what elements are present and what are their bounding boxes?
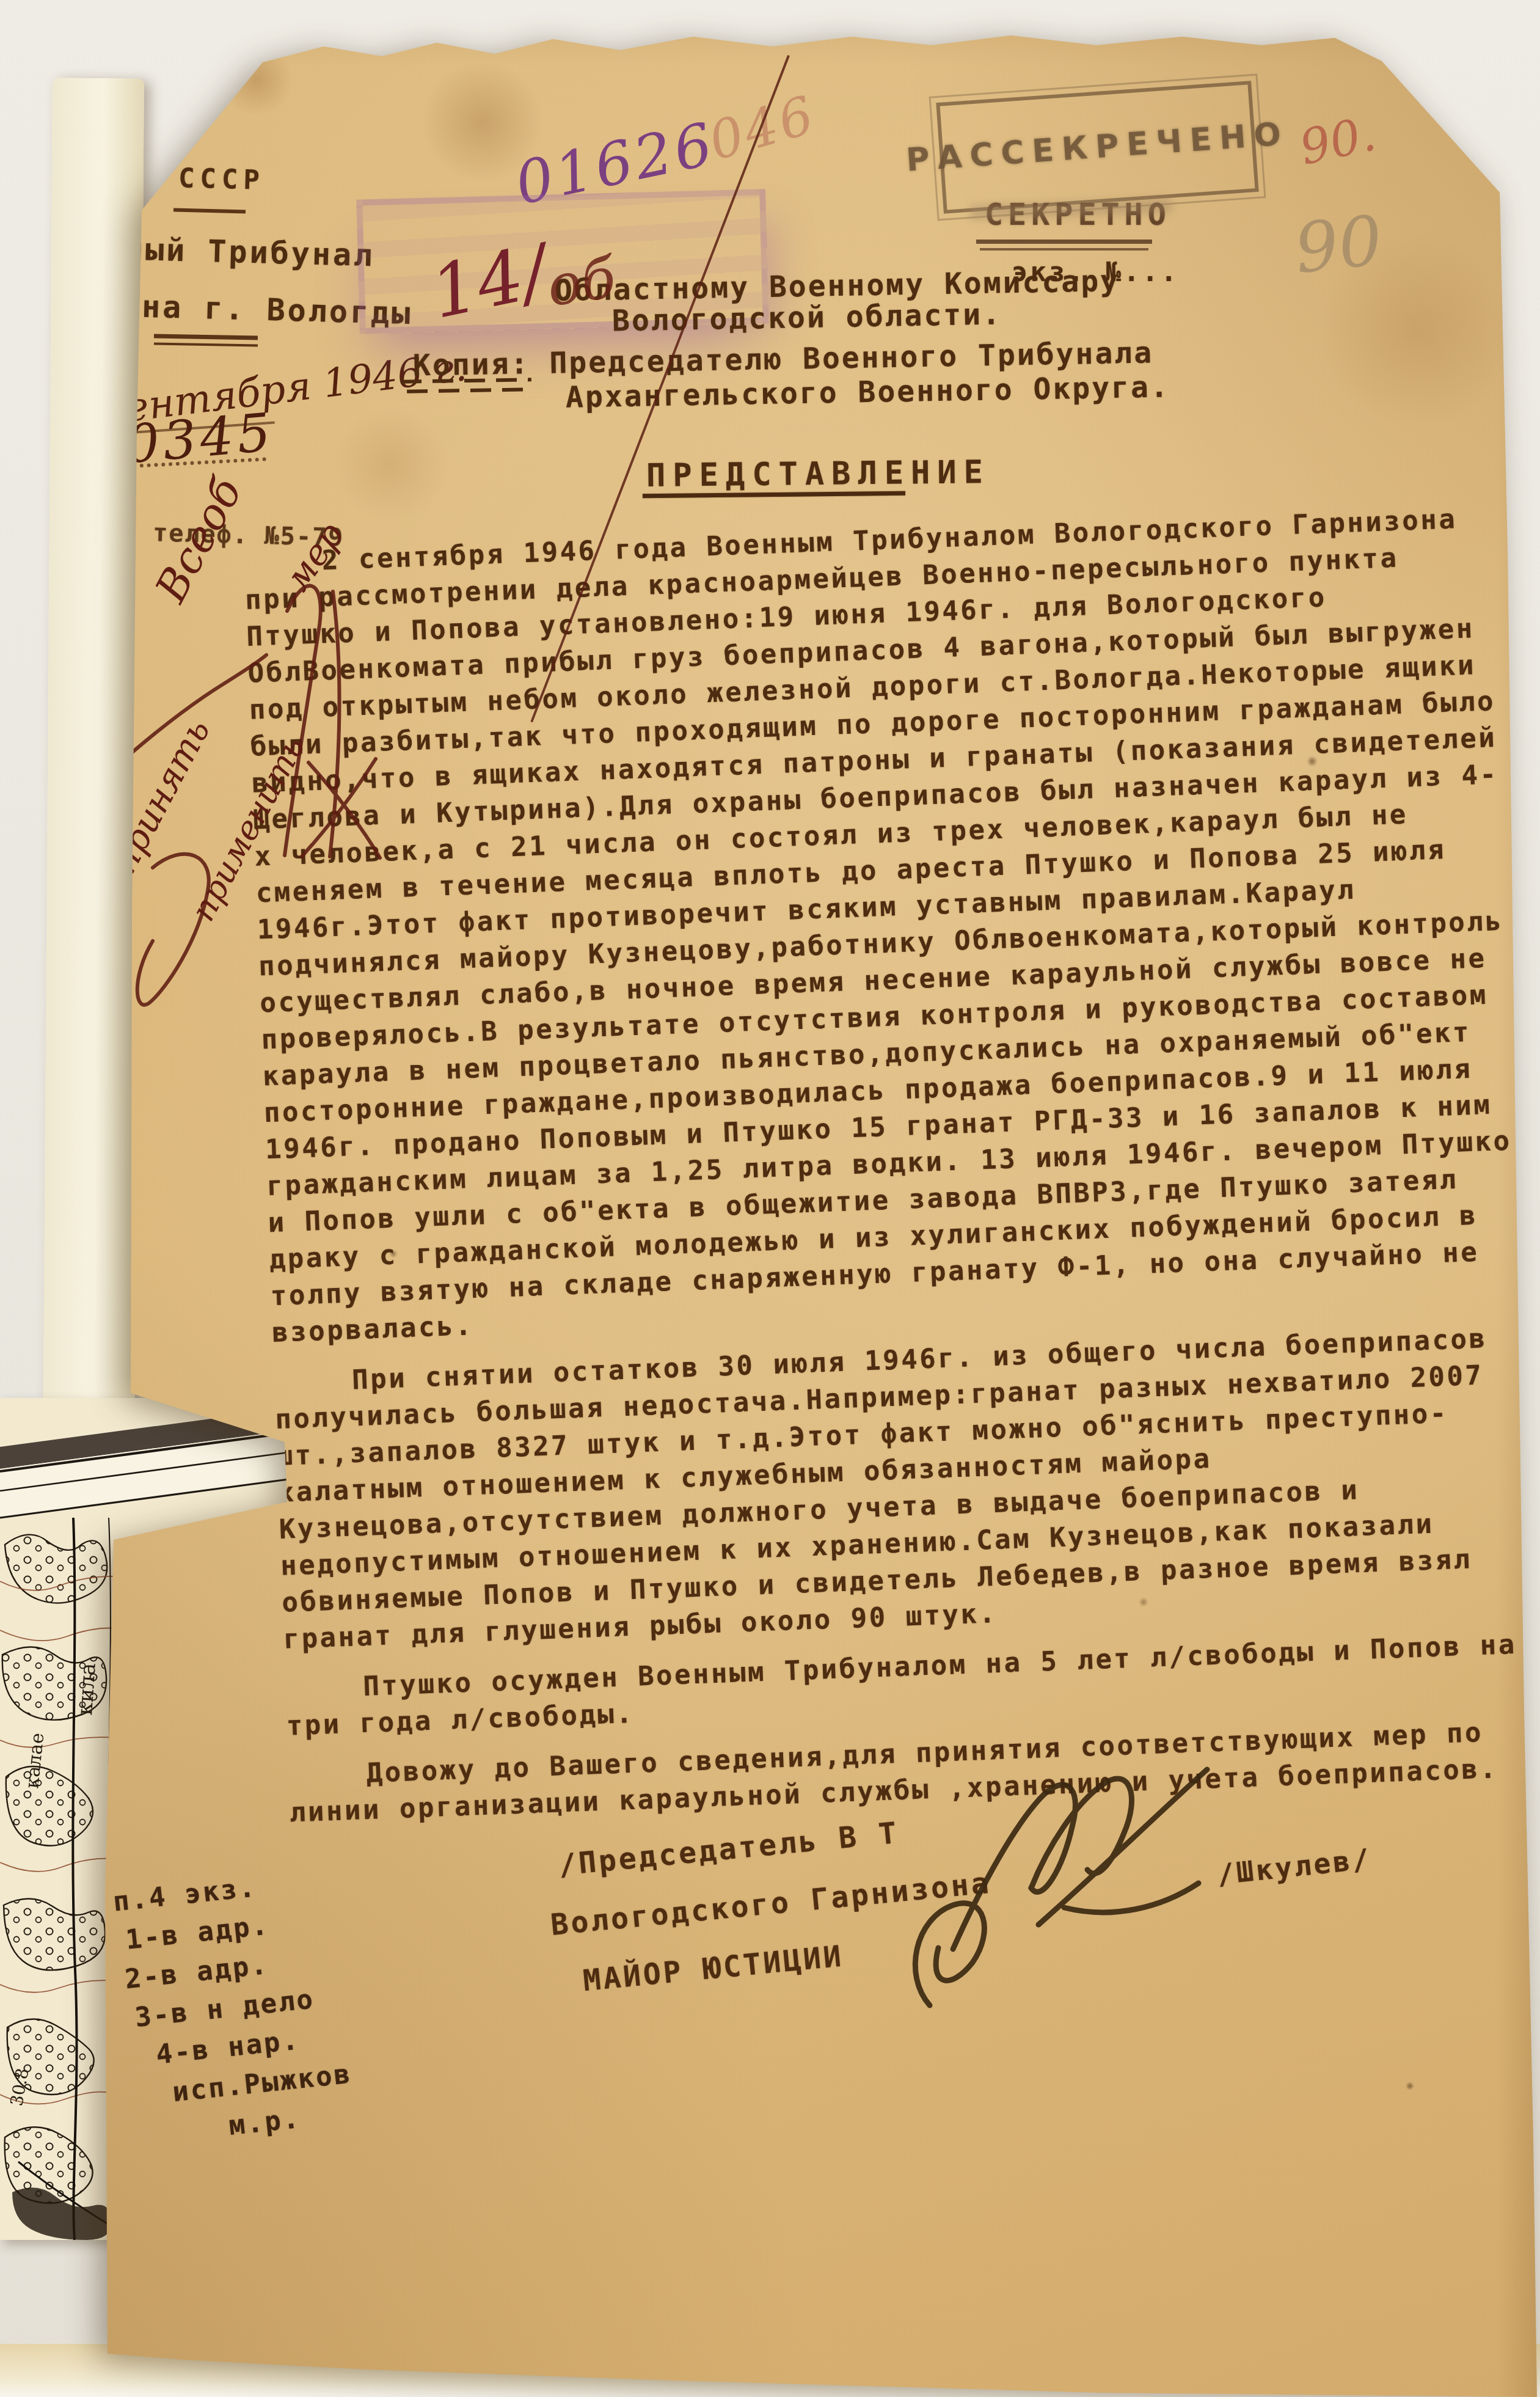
signature-flourish-cross [1064,1883,1199,1912]
document-page: СССР ный Трибунал она г. Вологды сентябр… [0,0,1540,2397]
signature-name: /Шкулев/ [1216,1842,1373,1891]
scanned-document: 30.8 кила калае СССР ный Трибунал она г.… [0,0,1540,2397]
secrecy-underline-2 [980,248,1148,251]
reg-number-pencil: 046 [702,84,823,173]
paragraph-1: 2 сентября 1946 года Военным Трибуналом … [243,500,1520,1352]
letterhead-rule1 [173,208,246,213]
secrecy-underline-1 [976,240,1152,244]
address-line2: Вологодской области. [612,297,1002,338]
address-correction-overlay: об [543,245,619,319]
document-page-wrap: СССР ный Трибунал она г. Вологды сентябр… [0,0,1540,2397]
letterhead-rule3 [154,343,258,347]
paragraph-2: При снятии остатков 30 июля 1946г. из об… [273,1319,1531,1658]
letterhead-rule2 [154,334,258,340]
address-emphasis-dashes [401,376,531,395]
margin-flourish-loop [137,854,209,1005]
letterhead-country: СССР [178,163,265,196]
document-body: 2 сентября 1946 года Военным Трибуналом … [243,500,1539,1845]
declassified-stamp: РАССЕКРЕЧЕНО [936,81,1258,214]
margin-note-3: принять [103,712,218,880]
letterhead-number-sign: № [75,435,91,466]
distribution-list: п.4 экз. 1-в адр. 2-в адр. 3-в н дело 4-… [111,1860,358,2155]
page-number-red: 90. [1295,106,1381,176]
page-title: ПРЕДСТАВЛЕНИЕ [646,454,991,494]
page-number-pencil: 90 [1291,201,1386,289]
letterhead-org1: ный Трибунал [124,232,375,274]
